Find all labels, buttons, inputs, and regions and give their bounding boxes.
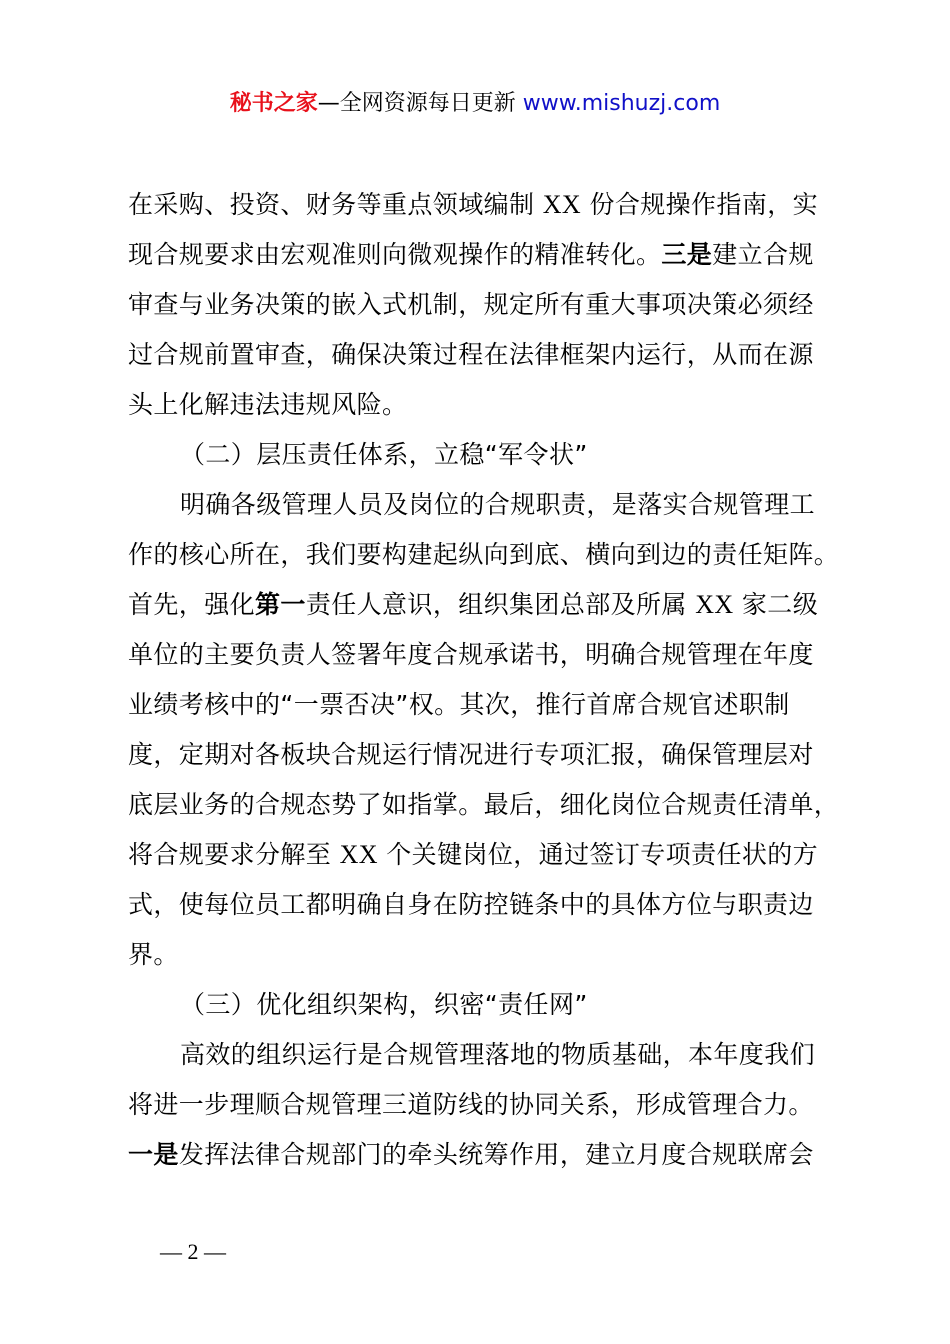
bold-text: 一是 xyxy=(128,1140,179,1169)
text-segment: 现合规要求由宏观准则向微观操作的精准转化。 xyxy=(128,240,661,269)
page-number: — 2 — xyxy=(160,1240,226,1264)
text-segment: 建立合规 xyxy=(712,240,814,269)
text-segment: 界。 xyxy=(128,940,179,969)
text-segment: 单位的主要负责人签署年度合规承诺书，明确合规管理在年度 xyxy=(128,640,814,669)
text-line: 将合规要求分解至 XX 个关键岗位，通过签订专项责任状的方 xyxy=(128,834,833,884)
text-segment: （三）优化组织架构，织密“责任网” xyxy=(180,990,588,1019)
text-line: 现合规要求由宏观准则向微观操作的精准转化。三是建立合规 xyxy=(128,234,833,284)
text-segment: 将进一步理顺合规管理三道防线的协同关系，形成管理合力。 xyxy=(128,1090,814,1119)
brand-name: 秘书之家 xyxy=(230,91,318,116)
text-segment: （二）层压责任体系，立稳“军令状” xyxy=(180,440,588,469)
text-line: （三）优化组织架构，织密“责任网” xyxy=(128,984,833,1034)
text-segment: 明确各级管理人员及岗位的合规职责，是落实合规管理工 xyxy=(180,490,815,519)
site-url-link[interactable]: www.mishuzj.com xyxy=(523,91,720,116)
text-line: 度，定期对各板块合规运行情况进行专项汇报，确保管理层对 xyxy=(128,734,833,784)
text-segment: 在采购、投资、财务等重点领域编制 xyxy=(128,190,543,219)
text-segment: 业绩考核中的“一票否决”权。其次，推行首席合规官述职制 xyxy=(128,690,790,719)
text-line: 头上化解违法违规风险。 xyxy=(128,384,833,434)
text-segment: XX xyxy=(340,840,378,869)
text-segment: 度，定期对各板块合规运行情况进行专项汇报，确保管理层对 xyxy=(128,740,814,769)
text-segment: 家二级 xyxy=(734,590,819,619)
text-segment: 发挥法律合规部门的牵头统筹作用，建立月度合规联席会 xyxy=(179,1140,814,1169)
text-segment: 首先，强化 xyxy=(128,590,255,619)
text-segment: 将合规要求分解至 xyxy=(128,840,340,869)
bold-text: 三是 xyxy=(661,240,712,269)
text-line: 式，使每位员工都明确自身在防控链条中的具体方位与职责边 xyxy=(128,884,833,934)
text-line: 一是发挥法律合规部门的牵头统筹作用，建立月度合规联席会 xyxy=(128,1134,833,1184)
page-header: 秘书之家—全网资源每日更新 www.mishuzj.com xyxy=(0,88,950,120)
text-line: 作的核心所在，我们要构建起纵向到底、横向到边的责任矩阵。 xyxy=(128,534,833,584)
text-segment: 头上化解违法违规风险。 xyxy=(128,390,407,419)
text-segment: 份合规操作指南，实 xyxy=(581,190,818,219)
text-segment: 个关键岗位，通过签订专项责任状的方 xyxy=(378,840,818,869)
text-line: 界。 xyxy=(128,934,833,984)
text-line: 底层业务的合规态势了如指掌。最后，细化岗位合规责任清单， xyxy=(128,784,833,834)
bold-text: 第一 xyxy=(255,590,306,619)
text-segment: 过合规前置审查，确保决策过程在法律框架内运行，从而在源 xyxy=(128,340,814,369)
text-line: 将进一步理顺合规管理三道防线的协同关系，形成管理合力。 xyxy=(128,1084,833,1134)
document-body: 在采购、投资、财务等重点领域编制 XX 份合规操作指南，实现合规要求由宏观准则向… xyxy=(128,184,833,1184)
text-segment: XX xyxy=(543,190,581,219)
text-segment: 审查与业务决策的嵌入式机制，规定所有重大事项决策必须经 xyxy=(128,290,814,319)
text-segment: 高效的组织运行是合规管理落地的物质基础，本年度我们 xyxy=(180,1040,815,1069)
text-line: 在采购、投资、财务等重点领域编制 XX 份合规操作指南，实 xyxy=(128,184,833,234)
text-segment: 底层业务的合规态势了如指掌。最后，细化岗位合规责任清单， xyxy=(128,790,839,819)
text-line: 审查与业务决策的嵌入式机制，规定所有重大事项决策必须经 xyxy=(128,284,833,334)
text-line: 业绩考核中的“一票否决”权。其次，推行首席合规官述职制 xyxy=(128,684,833,734)
text-segment: 责任人意识，组织集团总部及所属 xyxy=(306,590,695,619)
text-line: 过合规前置审查，确保决策过程在法律框架内运行，从而在源 xyxy=(128,334,833,384)
header-slogan: —全网资源每日更新 xyxy=(318,91,516,116)
text-line: 明确各级管理人员及岗位的合规职责，是落实合规管理工 xyxy=(128,484,833,534)
text-segment: XX xyxy=(695,590,733,619)
text-line: 高效的组织运行是合规管理落地的物质基础，本年度我们 xyxy=(128,1034,833,1084)
text-line: 首先，强化第一责任人意识，组织集团总部及所属 XX 家二级 xyxy=(128,584,833,634)
text-line: （二）层压责任体系，立稳“军令状” xyxy=(128,434,833,484)
text-line: 单位的主要负责人签署年度合规承诺书，明确合规管理在年度 xyxy=(128,634,833,684)
text-segment: 式，使每位员工都明确自身在防控链条中的具体方位与职责边 xyxy=(128,890,814,919)
text-segment: 作的核心所在，我们要构建起纵向到底、横向到边的责任矩阵。 xyxy=(128,540,839,569)
